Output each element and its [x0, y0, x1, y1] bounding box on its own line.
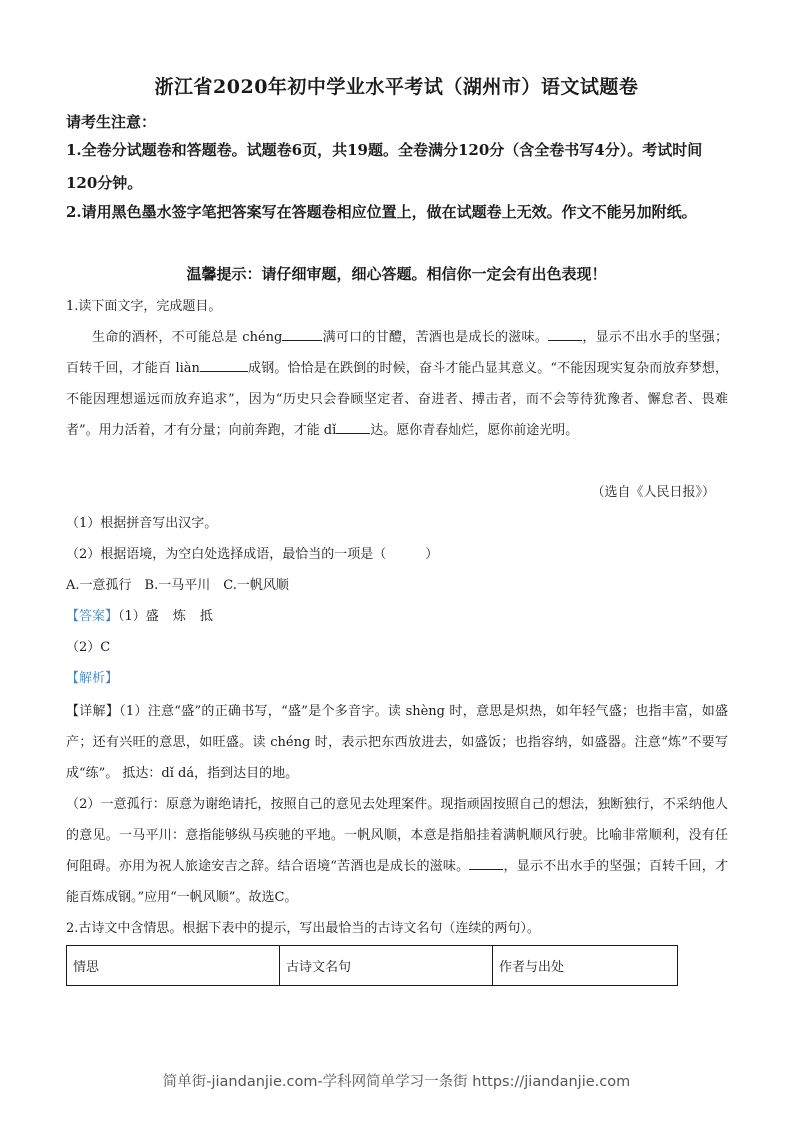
notice-heading: 请考生注意：: [66, 111, 156, 132]
q2-prompt: 2.古诗文中含情思。根据下表中的提示，写出最恰当的古诗文名句（连续的两句）。: [66, 913, 728, 944]
answer-1-prefix: （1）: [118, 609, 146, 624]
notice-item-2: 2.请用黑色墨水签字笔把答案写在答题卷相应位置上，做在试题卷上无效。作文不能另加…: [66, 196, 728, 229]
q1-sub2: （2）根据语境，为空白处选择成语，最恰当的一项是（ ）: [66, 539, 728, 570]
warm-tip: 温馨提示：请仔细审题，细心答题。相信你一定会有出色表现！: [0, 263, 793, 284]
q1-prompt: 1.读下面文字，完成题目。: [66, 291, 728, 322]
q1-options: A.一意孤行 B.一马平川 C.一帆风顺: [66, 570, 728, 601]
answer-line-1: 【答案】（1）盛炼抵: [66, 601, 728, 632]
table-header-cell: 情思: [67, 946, 280, 986]
blank-cheng: [282, 327, 322, 341]
q1-passage: 生命的酒杯，不可能总是 chéng满可口的甘醴，苦酒也是成长的滋味。，显示不出水…: [66, 322, 728, 446]
blank-di: [336, 420, 370, 434]
blank-lian: [200, 358, 248, 372]
answer-char-3: 抵: [200, 609, 213, 624]
table-header-cell: 古诗文名句: [280, 946, 493, 986]
table-header-cell: 作者与出处: [493, 946, 678, 986]
detail-1: 【详解】（1）注意“盛”的正确书写，“盛”是个多音字。读 shèng 时，意思是…: [66, 696, 728, 789]
blank-idiom: [548, 327, 582, 341]
analysis-label: 【解析】: [66, 663, 728, 694]
passage-part-1: 生命的酒杯，不可能总是 chéng: [92, 330, 282, 345]
answer-char-1: 盛: [146, 609, 159, 624]
detail-2: （2）一意孤行：原意为谢绝请托，按照自己的意见去处理案件。现指顽固按照自己的想法…: [66, 789, 728, 913]
q1-sub1: （1）根据拼音写出汉字。: [66, 508, 728, 539]
detail-blank: [469, 856, 503, 870]
detail-label: 【详解】: [66, 704, 119, 719]
answer-label: 【答案】: [66, 609, 118, 624]
footer-watermark: 简单街-jiandanjie.com-学科网简单学习一条街 https://ji…: [0, 1070, 793, 1091]
exam-page: 浙江省2020年初中学业水平考试（湖州市）语文试题卷 请考生注意： 1.全卷分试…: [0, 0, 793, 1122]
answer-line-2: （2）C: [66, 632, 728, 663]
passage-source: （选自《人民日报》）: [591, 481, 715, 500]
page-title: 浙江省2020年初中学业水平考试（湖州市）语文试题卷: [0, 72, 793, 99]
table-row: 情思 古诗文名句 作者与出处: [67, 946, 678, 986]
notice-item-1: 1.全卷分试题卷和答题卷。试题卷6页，共19题。全卷满分120分（含全卷书写4分…: [66, 134, 728, 200]
detail-1-text: （1）注意“盛”的正确书写，“盛”是个多音字。读 shèng 时，意思是炽热，如…: [66, 704, 728, 781]
passage-part-2: 满可口的甘醴，苦酒也是成长的滋味。: [322, 330, 548, 345]
q2-table: 情思 古诗文名句 作者与出处: [66, 945, 678, 986]
passage-part-5: 达。愿你青春灿烂，愿你前途光明。: [370, 423, 578, 438]
answer-char-2: 炼: [173, 609, 186, 624]
